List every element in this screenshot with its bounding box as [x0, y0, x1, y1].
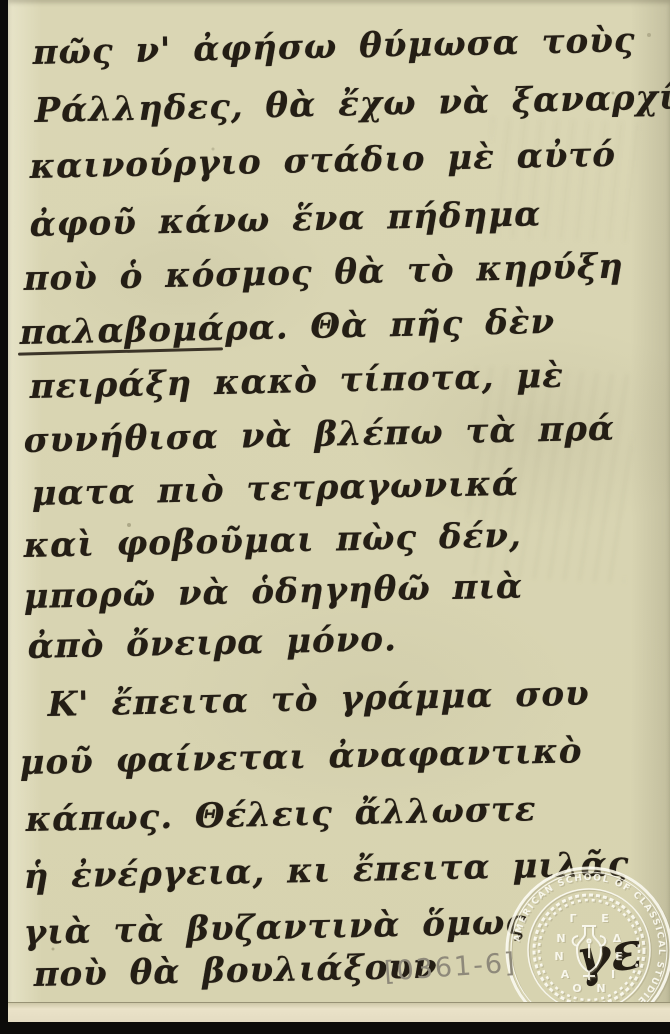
handwriting-line: ἀφοῦ κάνω ἕνα πήδημα: [29, 197, 541, 242]
handwriting-line: ποὺ θὰ βουλιάξουν: [33, 950, 438, 992]
scan-edge-bottom: [0, 1022, 670, 1034]
handwriting-line: καὶ φοβοῦμαι πὼς δέν,: [23, 519, 522, 563]
handwriting-line: ματα πιὸ τετραγωνικά: [31, 467, 519, 511]
handwriting-line: παλαβομάρα. Θὰ πῆς δὲν: [19, 305, 555, 350]
paper-fold-edge: [8, 1002, 670, 1022]
handwriting-line: Κ' ἔπειτα τὸ γράμμα σου: [47, 677, 590, 722]
handwriting-line: πειράξη κακὸ τίποτα, μὲ: [29, 359, 564, 404]
handwriting-line: γιὰ τὰ βυζαντινὰ ὅμως: [23, 905, 527, 950]
scanned-letter: { "letter": { "lines": [ "πῶς ν' ἀφήσω θ…: [0, 0, 670, 1034]
handwriting-line: μπορῶ νὰ ὁδηγηθῶ πιὰ: [23, 570, 523, 614]
handwriting-line: ἀπὸ ὄνειρα μόνο.: [27, 622, 397, 664]
scan-edge-left: [0, 0, 8, 1034]
handwriting-line: κάπως. Θέλεις ἄλλωστε: [25, 792, 537, 837]
